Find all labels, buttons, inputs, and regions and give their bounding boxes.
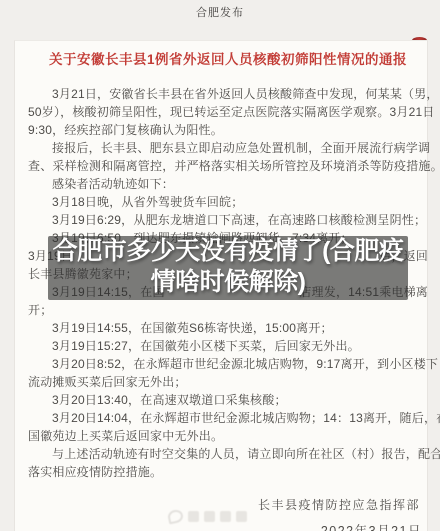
- notice-line: 感染者活动轨迹如下：: [28, 175, 428, 193]
- notice-line: 3月21日，安徽省长丰县在省外返回人员核酸筛查中发现，何某某（男，: [28, 85, 428, 103]
- notice-line: 3月20日13:40，在高速双墩道口采集核酸；: [28, 391, 428, 409]
- notice-line: 与上述活动轨迹有时空交集的人员，请立即向所在社区（村）报告，配合: [28, 445, 428, 463]
- overlay-title-line2: 情啥时候解除): [48, 267, 408, 298]
- notice-line: 3月19日6:29，从肥东龙塘道口下高速，在高速路口核酸检测呈阴性；: [28, 211, 428, 229]
- notice-line: 国徽苑边上买菜后返回家中无外出。: [28, 427, 428, 445]
- app-title: 合肥发布: [196, 4, 244, 20]
- notice-line: 50岁），核酸初筛呈阳性，现已转运至定点医院落实隔离医学观察。3月21日: [28, 103, 428, 121]
- seo-title-overlay: 合肥市多少天没有疫情了(合肥疫 情啥时候解除): [48, 236, 408, 300]
- watermark-logo-icon: [167, 508, 184, 524]
- overlay-title-line1: 合肥市多少天没有疫情了(合肥疫: [48, 236, 408, 267]
- notice-line: 接报后，长丰县、肥东县立即启动应急处置机制，全面开展流行病学调: [28, 139, 428, 157]
- notice-line: 3月20日8:52，在永辉超市世纪金源北城店购物，9:17离开，到小区楼下: [28, 355, 428, 373]
- notice-line: 3月20日14:04，在永辉超市世纪金源北城店购物；14：13离开，随后，在: [28, 409, 428, 427]
- notice-line: 3月19日15:27，在国徽苑小区楼下买菜，后回家无外出。: [28, 337, 428, 355]
- notice-line: 落实相应疫情防控措施。: [28, 463, 428, 481]
- notice-line: 流动摊贩买菜后回家无外出；: [28, 373, 428, 391]
- notice-line: 3月18日晚，从省外驾驶货车回皖；: [28, 193, 428, 211]
- notice-line: 开；: [28, 301, 428, 319]
- notice-line: 3月19日14:55，在国徽苑S6栋寄快递，15:00离开；: [28, 319, 428, 337]
- notice-line: 9:30，经疾控部门复核确认为阳性。: [28, 121, 428, 139]
- notice-title: 关于安徽长丰县1例省外返回人员核酸初筛阳性情况的通报: [28, 48, 428, 68]
- notice-line: 查、采样检测和隔离管控，并严格落实相关场所管控及环境消杀等防疫措施。: [28, 157, 428, 175]
- page: { "header": { "app_name": "合肥发布" }, "not…: [0, 0, 440, 531]
- watermark: [168, 506, 247, 526]
- top-bar: 合肥发布: [0, 0, 440, 40]
